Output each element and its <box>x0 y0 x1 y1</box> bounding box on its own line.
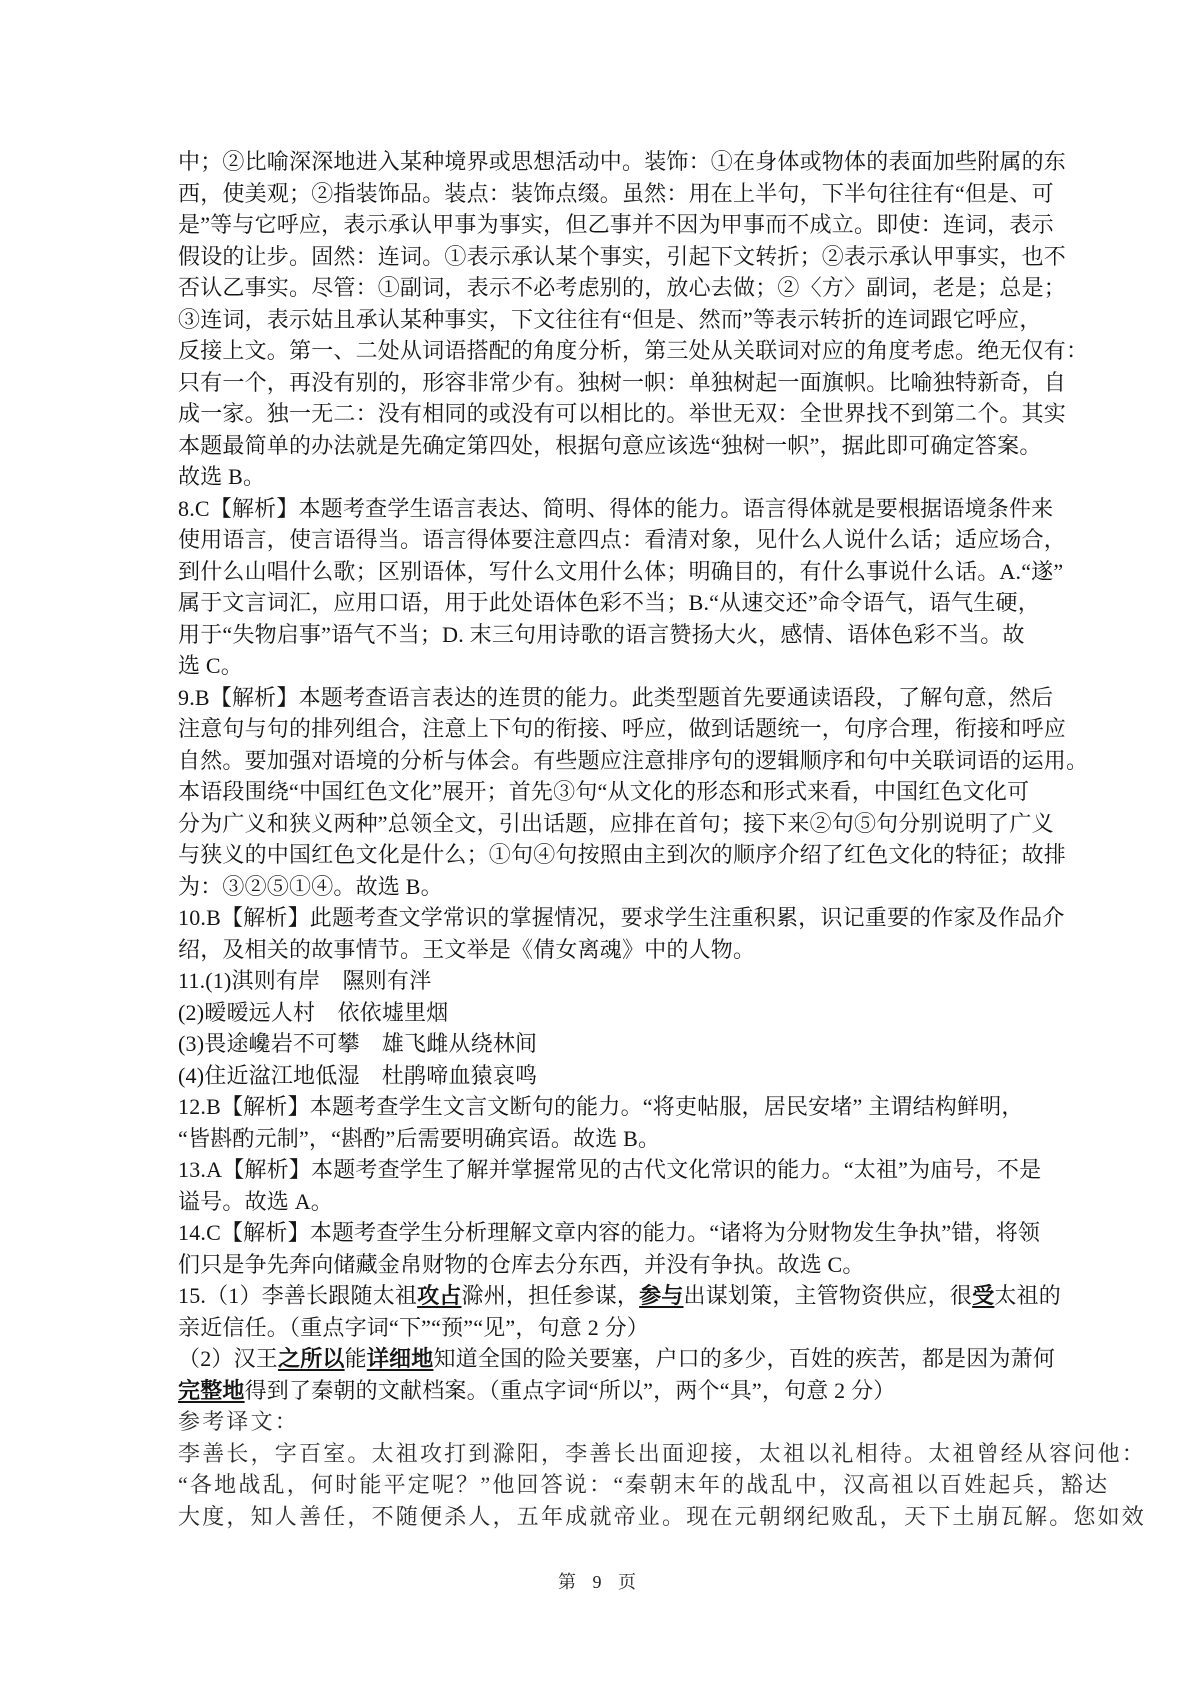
text-line: 注意句与句的排列组合，注意上下句的衔接、呼应，做到话题统一，句序合理，衔接和呼应 <box>178 713 1088 745</box>
text-run: 只有一个，再没有别的，形容非常少有。独树一帜：单独树起一面旗帜。比喻独特新奇，自 <box>178 370 1066 395</box>
emphasized-term: 完整地 <box>178 1378 245 1403</box>
text-line: 15.（1）李善长跟随太祖攻占滁州，担任参谋，参与出谋划策，主管物资供应，很受太… <box>178 1280 1088 1312</box>
text-run: 出谋划策，主管物资供应，很 <box>684 1283 973 1308</box>
text-line: 否认乙事实。尽管：①副词，表示不必考虑别的，放心去做；②〈方〉副词，老是；总是； <box>178 272 1088 304</box>
text-line: ③连词，表示姑且承认某种事实，下文往往有“但是、然而”等表示转折的连词跟它呼应， <box>178 304 1088 336</box>
text-run: 使用语言，使言语得当。语言得体要注意四点：看清对象，见什么人说什么话；适应场合， <box>178 527 1066 552</box>
text-line: 12.B【解析】本题考查学生文言文断句的能力。“将吏帖服，居民安堵” 主谓结构鲜… <box>178 1091 1088 1123</box>
text-line: 13.A【解析】本题考查学生了解并掌握常见的古代文化常识的能力。“太祖”为庙号，… <box>178 1154 1088 1186</box>
text-line: 们只是争先奔向储藏金帛财物的仓库去分东西，并没有争执。故选 C。 <box>178 1249 1088 1281</box>
text-line: 8.C【解析】本题考查学生语言表达、简明、得体的能力。语言得体就是要根据语境条件… <box>178 493 1088 525</box>
text-line: 属于文言词汇，应用口语，用于此处语体色彩不当；B.“从速交还”命令语气，语气生硬… <box>178 587 1088 619</box>
text-run: 能 <box>345 1346 367 1371</box>
text-run: 假设的让步。固然：连词。①表示承认某个事实，引起下文转折；②表示承认甲事实，也不 <box>178 244 1066 269</box>
text-line: 使用语言，使言语得当。语言得体要注意四点：看清对象，见什么人说什么话；适应场合， <box>178 524 1088 556</box>
text-line: 自然。要加强对语境的分析与体会。有些题应注意排序句的逻辑顺序和句中关联词语的运用… <box>178 745 1088 777</box>
text-run: 故选 B。 <box>178 464 265 489</box>
text-run: 8.C【解析】本题考查学生语言表达、简明、得体的能力。语言得体就是要根据语境条件… <box>178 496 1053 521</box>
text-line: 中；②比喻深深地进入某种境界或思想活动中。装饰：①在身体或物体的表面加些附属的东 <box>178 146 1088 178</box>
text-line: 本语段围绕“中国红色文化”展开；首先③句“从文化的形态和形式来看，中国红色文化可 <box>178 776 1088 808</box>
text-run: 用于“失物启事”语气不当；D. 末三句用诗歌的语言赞扬大火，感情、语体色彩不当。… <box>178 622 1025 647</box>
text-line: 完整地得到了秦朝的文献档案。（重点字词“所以”，两个“具”，句意 2 分） <box>178 1375 1088 1407</box>
text-run: “皆斟酌元制”，“斟酌”后需要明确宾语。故选 B。 <box>178 1126 660 1151</box>
text-line: 本题最简单的办法就是先确定第四处，根据句意应该选“独树一帜”，据此即可确定答案。 <box>178 430 1088 462</box>
emphasized-term: 详细地 <box>367 1346 434 1371</box>
text-line: 亲近信任。（重点字词“下”“预”“见”，句意 2 分） <box>178 1312 1088 1344</box>
text-line: 与狭义的中国红色文化是什么；①句④句按照由主到次的顺序介绍了红色文化的特征；故排 <box>178 839 1088 871</box>
text-line: 14.C【解析】本题考查学生分析理解文章内容的能力。“诸将为分财物发生争执”错，… <box>178 1217 1088 1249</box>
text-run: 绍，及相关的故事情节。王文举是《倩女离魂》中的人物。 <box>178 937 755 962</box>
text-run: 分为广义和狭义两种”总领全文，引出话题，应排在首句；接下来②句⑤句分别说明了广义 <box>178 811 1054 836</box>
text-line: (2)暧暧远人村 依依墟里烟 <box>178 997 1088 1029</box>
text-run: 为：③②⑤①④。故选 B。 <box>178 874 443 899</box>
text-run: 本题最简单的办法就是先确定第四处，根据句意应该选“独树一帜”，据此即可确定答案。 <box>178 433 1042 458</box>
text-run: 属于文言词汇，应用口语，用于此处语体色彩不当；B.“从速交还”命令语气，语气生硬… <box>178 590 1040 615</box>
text-line: 大度，知人善任，不随便杀人，五年成就帝业。现在元朝纲纪败乱，天下土崩瓦解。您如效 <box>178 1501 1088 1533</box>
text-line: 假设的让步。固然：连词。①表示承认某个事实，引起下文转折；②表示承认甲事实，也不 <box>178 241 1088 273</box>
text-line: “各地战乱，何时能平定呢？”他回答说：“秦朝末年的战乱中，汉高祖以百姓起兵，豁达 <box>178 1469 1088 1501</box>
emphasized-term: 受 <box>972 1283 994 1308</box>
text-line: (4)住近湓江地低湿 杜鹃啼血猿哀鸣 <box>178 1060 1088 1092</box>
text-run: 成一家。独一无二：没有相同的或没有可以相比的。举世无双：全世界找不到第二个。其实 <box>178 401 1066 426</box>
text-run: (4)住近湓江地低湿 杜鹃啼血猿哀鸣 <box>178 1063 537 1088</box>
text-line: （2）汉王之所以能详细地知道全国的险关要塞，户口的多少，百姓的疾苦，都是因为萧何 <box>178 1343 1088 1375</box>
text-run: 参考译文： <box>178 1409 299 1434</box>
text-line: 为：③②⑤①④。故选 B。 <box>178 871 1088 903</box>
text-line: 参考译文： <box>178 1406 1088 1438</box>
text-run: (2)暧暧远人村 依依墟里烟 <box>178 1000 448 1025</box>
page-number: 第 9 页 <box>558 1572 642 1592</box>
text-line: 用于“失物启事”语气不当；D. 末三句用诗歌的语言赞扬大火，感情、语体色彩不当。… <box>178 619 1088 651</box>
text-run: 11.(1)淇则有岸 隰则有泮 <box>178 968 431 993</box>
text-run: 亲近信任。（重点字词“下”“预”“见”，句意 2 分） <box>178 1315 649 1340</box>
text-run: 15.（1）李善长跟随太祖 <box>178 1283 417 1308</box>
text-line: 9.B【解析】本题考查语言表达的连贯的能力。此类型题首先要通读语段，了解句意，然… <box>178 682 1088 714</box>
page-footer: 第 9 页 <box>0 1568 1200 1594</box>
text-run: 滁州，担任参谋， <box>462 1283 640 1308</box>
text-run: 否认乙事实。尽管：①副词，表示不必考虑别的，放心去做；②〈方〉副词，老是；总是； <box>178 275 1066 300</box>
text-run: (3)畏途巉岩不可攀 雄飞雌从绕林间 <box>178 1031 537 1056</box>
text-run: 13.A【解析】本题考查学生了解并掌握常见的古代文化常识的能力。“太祖”为庙号，… <box>178 1157 1041 1182</box>
text-line: 到什么山唱什么歌；区别语体，写什么文用什么体；明确目的，有什么事说什么话。A.“… <box>178 556 1088 588</box>
text-run: （2）汉王 <box>178 1346 278 1371</box>
text-line: 成一家。独一无二：没有相同的或没有可以相比的。举世无双：全世界找不到第二个。其实 <box>178 398 1088 430</box>
text-run: 14.C【解析】本题考查学生分析理解文章内容的能力。“诸将为分财物发生争执”错，… <box>178 1220 1040 1245</box>
text-line: 谥号。故选 A。 <box>178 1186 1088 1218</box>
text-run: 是”等与它呼应，表示承认甲事为事实，但乙事并不因为甲事而不成立。即使：连词，表示 <box>178 212 1054 237</box>
text-run: 知道全国的险关要塞，户口的多少，百姓的疾苦，都是因为萧何 <box>433 1346 1055 1371</box>
text-line: (3)畏途巉岩不可攀 雄飞雌从绕林间 <box>178 1028 1088 1060</box>
text-run: 自然。要加强对语境的分析与体会。有些题应注意排序句的逻辑顺序和句中关联词语的运用… <box>178 748 1088 773</box>
text-line: 11.(1)淇则有岸 隰则有泮 <box>178 965 1088 997</box>
text-run: 注意句与句的排列组合，注意上下句的衔接、呼应，做到话题统一，句序合理，衔接和呼应 <box>178 716 1066 741</box>
text-line: 反接上文。第一、二处从词语搭配的角度分析，第三处从关联词对应的角度考虑。绝无仅有… <box>178 335 1088 367</box>
text-run: 与狭义的中国红色文化是什么；①句④句按照由主到次的顺序介绍了红色文化的特征；故排 <box>178 842 1066 867</box>
text-line: 只有一个，再没有别的，形容非常少有。独树一帜：单独树起一面旗帜。比喻独特新奇，自 <box>178 367 1088 399</box>
emphasized-term: 之所以 <box>278 1346 345 1371</box>
text-run: 选 C。 <box>178 653 243 678</box>
text-line: 分为广义和狭义两种”总领全文，引出话题，应排在首句；接下来②句⑤句分别说明了广义 <box>178 808 1088 840</box>
text-run: 西，使美观；②指装饰品。装点：装饰点缀。虽然：用在上半句，下半句往往有“但是、可 <box>178 181 1054 206</box>
text-run: 中；②比喻深深地进入某种境界或思想活动中。装饰：①在身体或物体的表面加些附属的东 <box>178 149 1066 174</box>
answer-key-text-block: 中；②比喻深深地进入某种境界或思想活动中。装饰：①在身体或物体的表面加些附属的东… <box>178 146 1088 1532</box>
text-line: 西，使美观；②指装饰品。装点：装饰点缀。虽然：用在上半句，下半句往往有“但是、可 <box>178 178 1088 210</box>
document-page: 中；②比喻深深地进入某种境界或思想活动中。装饰：①在身体或物体的表面加些附属的东… <box>0 0 1200 1698</box>
text-run: 10.B【解析】此题考查文学常识的掌握情况，要求学生注重积累，识记重要的作家及作… <box>178 905 1065 930</box>
text-line: 是”等与它呼应，表示承认甲事为事实，但乙事并不因为甲事而不成立。即使：连词，表示 <box>178 209 1088 241</box>
emphasized-term: 攻占 <box>417 1283 461 1308</box>
text-run: “各地战乱，何时能平定呢？”他回答说：“秦朝末年的战乱中，汉高祖以百姓起兵，豁达 <box>178 1472 1109 1497</box>
text-run: 反接上文。第一、二处从词语搭配的角度分析，第三处从关联词对应的角度考虑。绝无仅有… <box>178 338 1088 363</box>
text-line: 选 C。 <box>178 650 1088 682</box>
text-run: 得到了秦朝的文献档案。（重点字词“所以”，两个“具”，句意 2 分） <box>245 1378 896 1403</box>
text-run: 们只是争先奔向储藏金帛财物的仓库去分东西，并没有争执。故选 C。 <box>178 1252 865 1277</box>
text-line: 绍，及相关的故事情节。王文举是《倩女离魂》中的人物。 <box>178 934 1088 966</box>
text-run: 本语段围绕“中国红色文化”展开；首先③句“从文化的形态和形式来看，中国红色文化可 <box>178 779 1029 804</box>
text-run: 大度，知人善任，不随便杀人，五年成就帝业。现在元朝纲纪败乱，天下土崩瓦解。您如效 <box>178 1504 1146 1529</box>
text-run: 李善长，字百室。太祖攻打到滁阳，李善长出面迎接，太祖以礼相待。太祖曾经从容问他： <box>178 1441 1146 1466</box>
text-line: “皆斟酌元制”，“斟酌”后需要明确宾语。故选 B。 <box>178 1123 1088 1155</box>
text-run: 12.B【解析】本题考查学生文言文断句的能力。“将吏帖服，居民安堵” 主谓结构鲜… <box>178 1094 1024 1119</box>
text-run: 9.B【解析】本题考查语言表达的连贯的能力。此类型题首先要通读语段，了解句意，然… <box>178 685 1053 710</box>
text-line: 10.B【解析】此题考查文学常识的掌握情况，要求学生注重积累，识记重要的作家及作… <box>178 902 1088 934</box>
text-line: 李善长，字百室。太祖攻打到滁阳，李善长出面迎接，太祖以礼相待。太祖曾经从容问他： <box>178 1438 1088 1470</box>
emphasized-term: 参与 <box>639 1283 683 1308</box>
text-run: 谥号。故选 A。 <box>178 1189 333 1214</box>
text-line: 故选 B。 <box>178 461 1088 493</box>
text-run: ③连词，表示姑且承认某种事实，下文往往有“但是、然而”等表示转折的连词跟它呼应， <box>178 307 1042 332</box>
text-run: 到什么山唱什么歌；区别语体，写什么文用什么体；明确目的，有什么事说什么话。A.“… <box>178 559 1063 584</box>
text-run: 太祖的 <box>994 1283 1061 1308</box>
